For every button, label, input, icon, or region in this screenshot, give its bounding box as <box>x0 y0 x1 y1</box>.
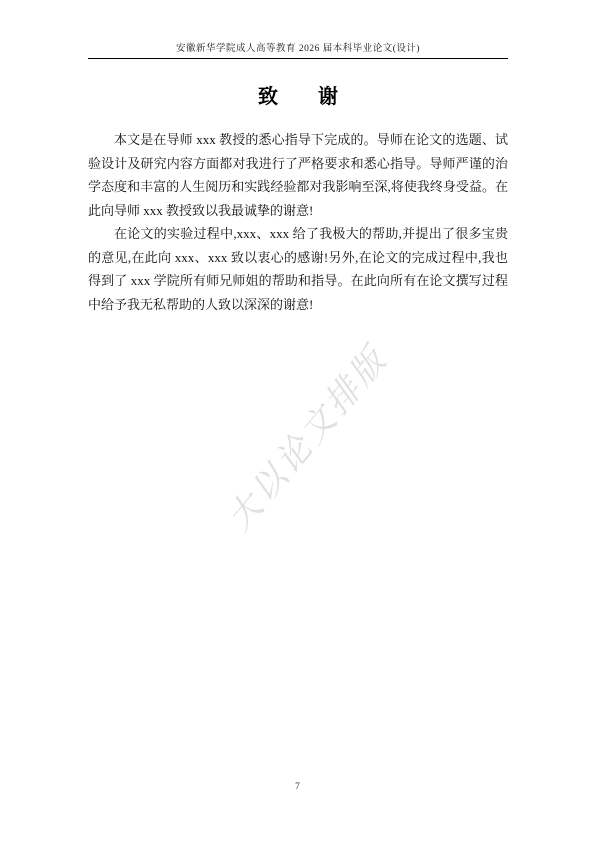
header-text: 安徽新华学院成人高等教育 2026 届本科毕业论文(设计) <box>88 40 508 58</box>
paragraph: 在论文的实验过程中,xxx、xxx 给了我极大的帮助,并提出了很多宝贵的意见,在… <box>88 222 508 316</box>
watermark-text: 大以论文排版 <box>207 327 403 547</box>
page-title: 致 谢 <box>88 80 508 109</box>
paragraph: 本文是在导师 xxx 教授的悉心指导下完成的。导师在论文的选题、试验设计及研究内… <box>88 128 508 222</box>
page-header: 安徽新华学院成人高等教育 2026 届本科毕业论文(设计) <box>88 40 508 59</box>
header-rule <box>88 58 508 59</box>
document-body: 本文是在导师 xxx 教授的悉心指导下完成的。导师在论文的选题、试验设计及研究内… <box>88 128 508 316</box>
document-page: 安徽新华学院成人高等教育 2026 届本科毕业论文(设计) 致 谢 本文是在导师… <box>0 0 595 842</box>
page-footer: 7 <box>0 776 595 794</box>
page-number: 7 <box>295 782 300 792</box>
